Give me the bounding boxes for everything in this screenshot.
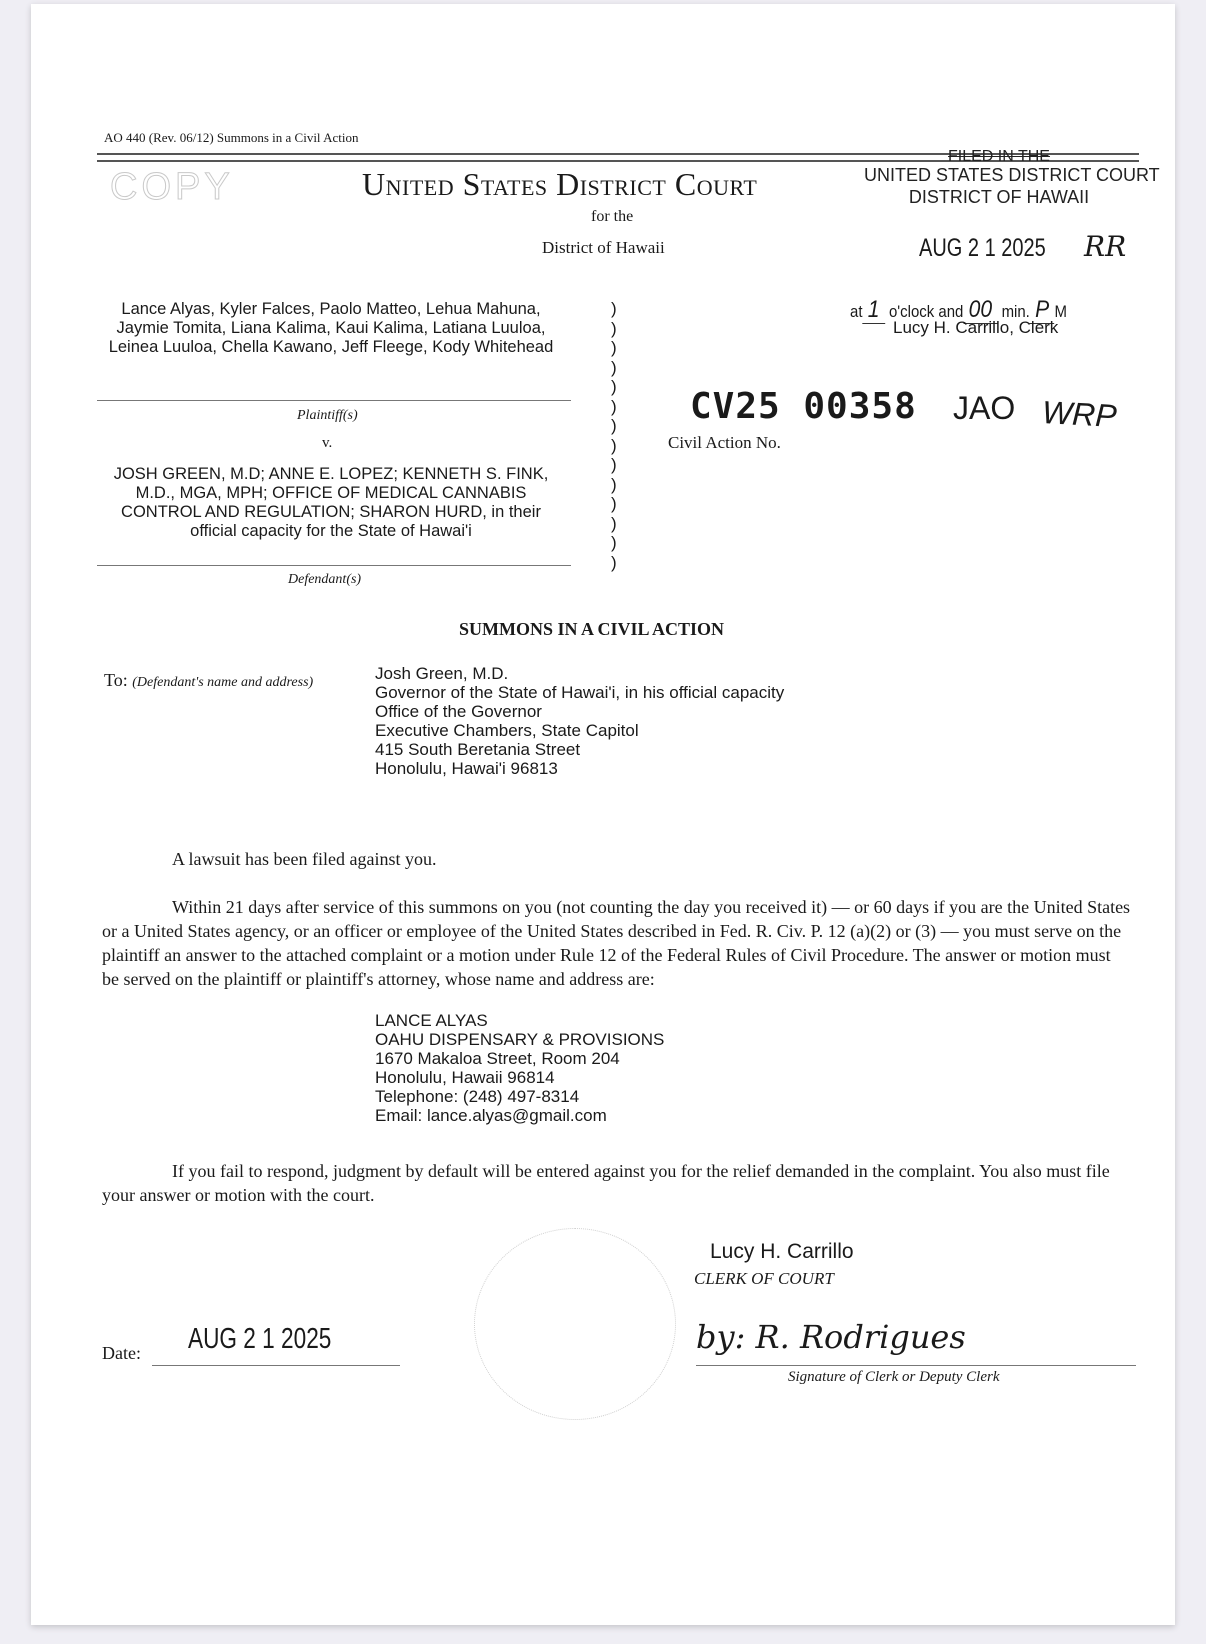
attorney-line: Telephone: (248) 497-8314 xyxy=(375,1087,664,1106)
address-line: Honolulu, Hawai'i 96813 xyxy=(375,759,784,778)
to-prefix: To: xyxy=(104,670,128,690)
caption-parentheses: ) ) ) ) ) ) ) ) ) ) ) ) ) ) xyxy=(611,299,617,572)
date-label: Date: xyxy=(102,1343,141,1364)
case-number: CV25 00358 xyxy=(690,386,917,427)
defendants-rule xyxy=(97,565,571,566)
address-line: Governor of the State of Hawai'i, in his… xyxy=(375,683,784,702)
filed-stamp: FILED IN THE UNITED STATES DISTRICT COUR… xyxy=(864,150,1134,208)
attorney-email: Email: lance.alyas@gmail.com xyxy=(375,1106,664,1125)
address-line: Office of the Governor xyxy=(375,702,784,721)
attorney-line: LANCE ALYAS xyxy=(375,1011,664,1030)
civil-action-label: Civil Action No. xyxy=(668,433,781,453)
clerk-title: CLERK OF COURT xyxy=(694,1269,834,1289)
form-identifier: AO 440 (Rev. 06/12) Summons in a Civil A… xyxy=(104,130,358,146)
date-value: AUG 2 1 2025 xyxy=(188,1323,331,1356)
defendants-label: Defendant(s) xyxy=(288,572,361,588)
plaintiffs-label: Plaintiff(s) xyxy=(297,408,358,424)
filed-clerk: Lucy H. Carrillo, Clerk xyxy=(893,318,1058,338)
attorney-line: OAHU DISPENSARY & PROVISIONS xyxy=(375,1030,664,1049)
defendants-names: JOSH GREEN, M.D; ANNE E. LOPEZ; KENNETH … xyxy=(100,465,562,541)
attorney-line: 1670 Makaloa Street, Room 204 xyxy=(375,1049,664,1068)
court-title: United States District Court xyxy=(362,166,757,203)
summons-heading: SUMMONS IN A CIVIL ACTION xyxy=(459,619,724,640)
filed-stamp-line2: UNITED STATES DISTRICT COURT xyxy=(864,164,1134,186)
district-name: District of Hawaii xyxy=(542,238,665,258)
court-seal-impression xyxy=(474,1228,676,1420)
filed-initials: RR xyxy=(1084,230,1126,263)
date-rule xyxy=(152,1365,400,1366)
defendant-address: Josh Green, M.D. Governor of the State o… xyxy=(375,664,784,778)
case-magistrate-initials: WRP xyxy=(1041,394,1117,435)
lawsuit-notice: A lawsuit has been filed against you. xyxy=(102,847,1132,871)
response-instructions: Within 21 days after service of this sum… xyxy=(102,895,1132,991)
time-prefix: at xyxy=(850,302,862,321)
signature-label: Signature of Clerk or Deputy Clerk xyxy=(788,1369,1000,1386)
deputy-clerk-signature: by: R. Rodrigues xyxy=(696,1318,966,1356)
signature-rule xyxy=(696,1365,1136,1366)
case-judge-initials: JAO xyxy=(953,390,1015,427)
filed-hour: 1 xyxy=(862,296,884,324)
plaintiffs-names: Lance Alyas, Kyler Falces, Paolo Matteo,… xyxy=(100,300,562,357)
for-the-label: for the xyxy=(591,208,633,226)
filed-stamp-line3: DISTRICT OF HAWAII xyxy=(864,186,1134,208)
plaintiff-attorney-address: LANCE ALYAS OAHU DISPENSARY & PROVISIONS… xyxy=(375,1011,664,1125)
to-label: To: (Defendant's name and address) xyxy=(104,670,313,691)
address-line: 415 South Beretania Street xyxy=(375,740,784,759)
attorney-line: Honolulu, Hawaii 96814 xyxy=(375,1068,664,1087)
clerk-name: Lucy H. Carrillo xyxy=(710,1240,854,1264)
address-line: Executive Chambers, State Capitol xyxy=(375,721,784,740)
default-warning: If you fail to respond, judgment by defa… xyxy=(102,1159,1132,1207)
address-line: Josh Green, M.D. xyxy=(375,664,784,683)
copy-stamp: COPY xyxy=(110,166,234,209)
plaintiffs-rule xyxy=(97,400,571,401)
to-sublabel: (Defendant's name and address) xyxy=(132,675,313,690)
versus-label: v. xyxy=(322,435,332,452)
filed-date: AUG 2 1 2025 xyxy=(919,234,1046,263)
filed-stamp-line1: FILED IN THE xyxy=(864,150,1134,164)
